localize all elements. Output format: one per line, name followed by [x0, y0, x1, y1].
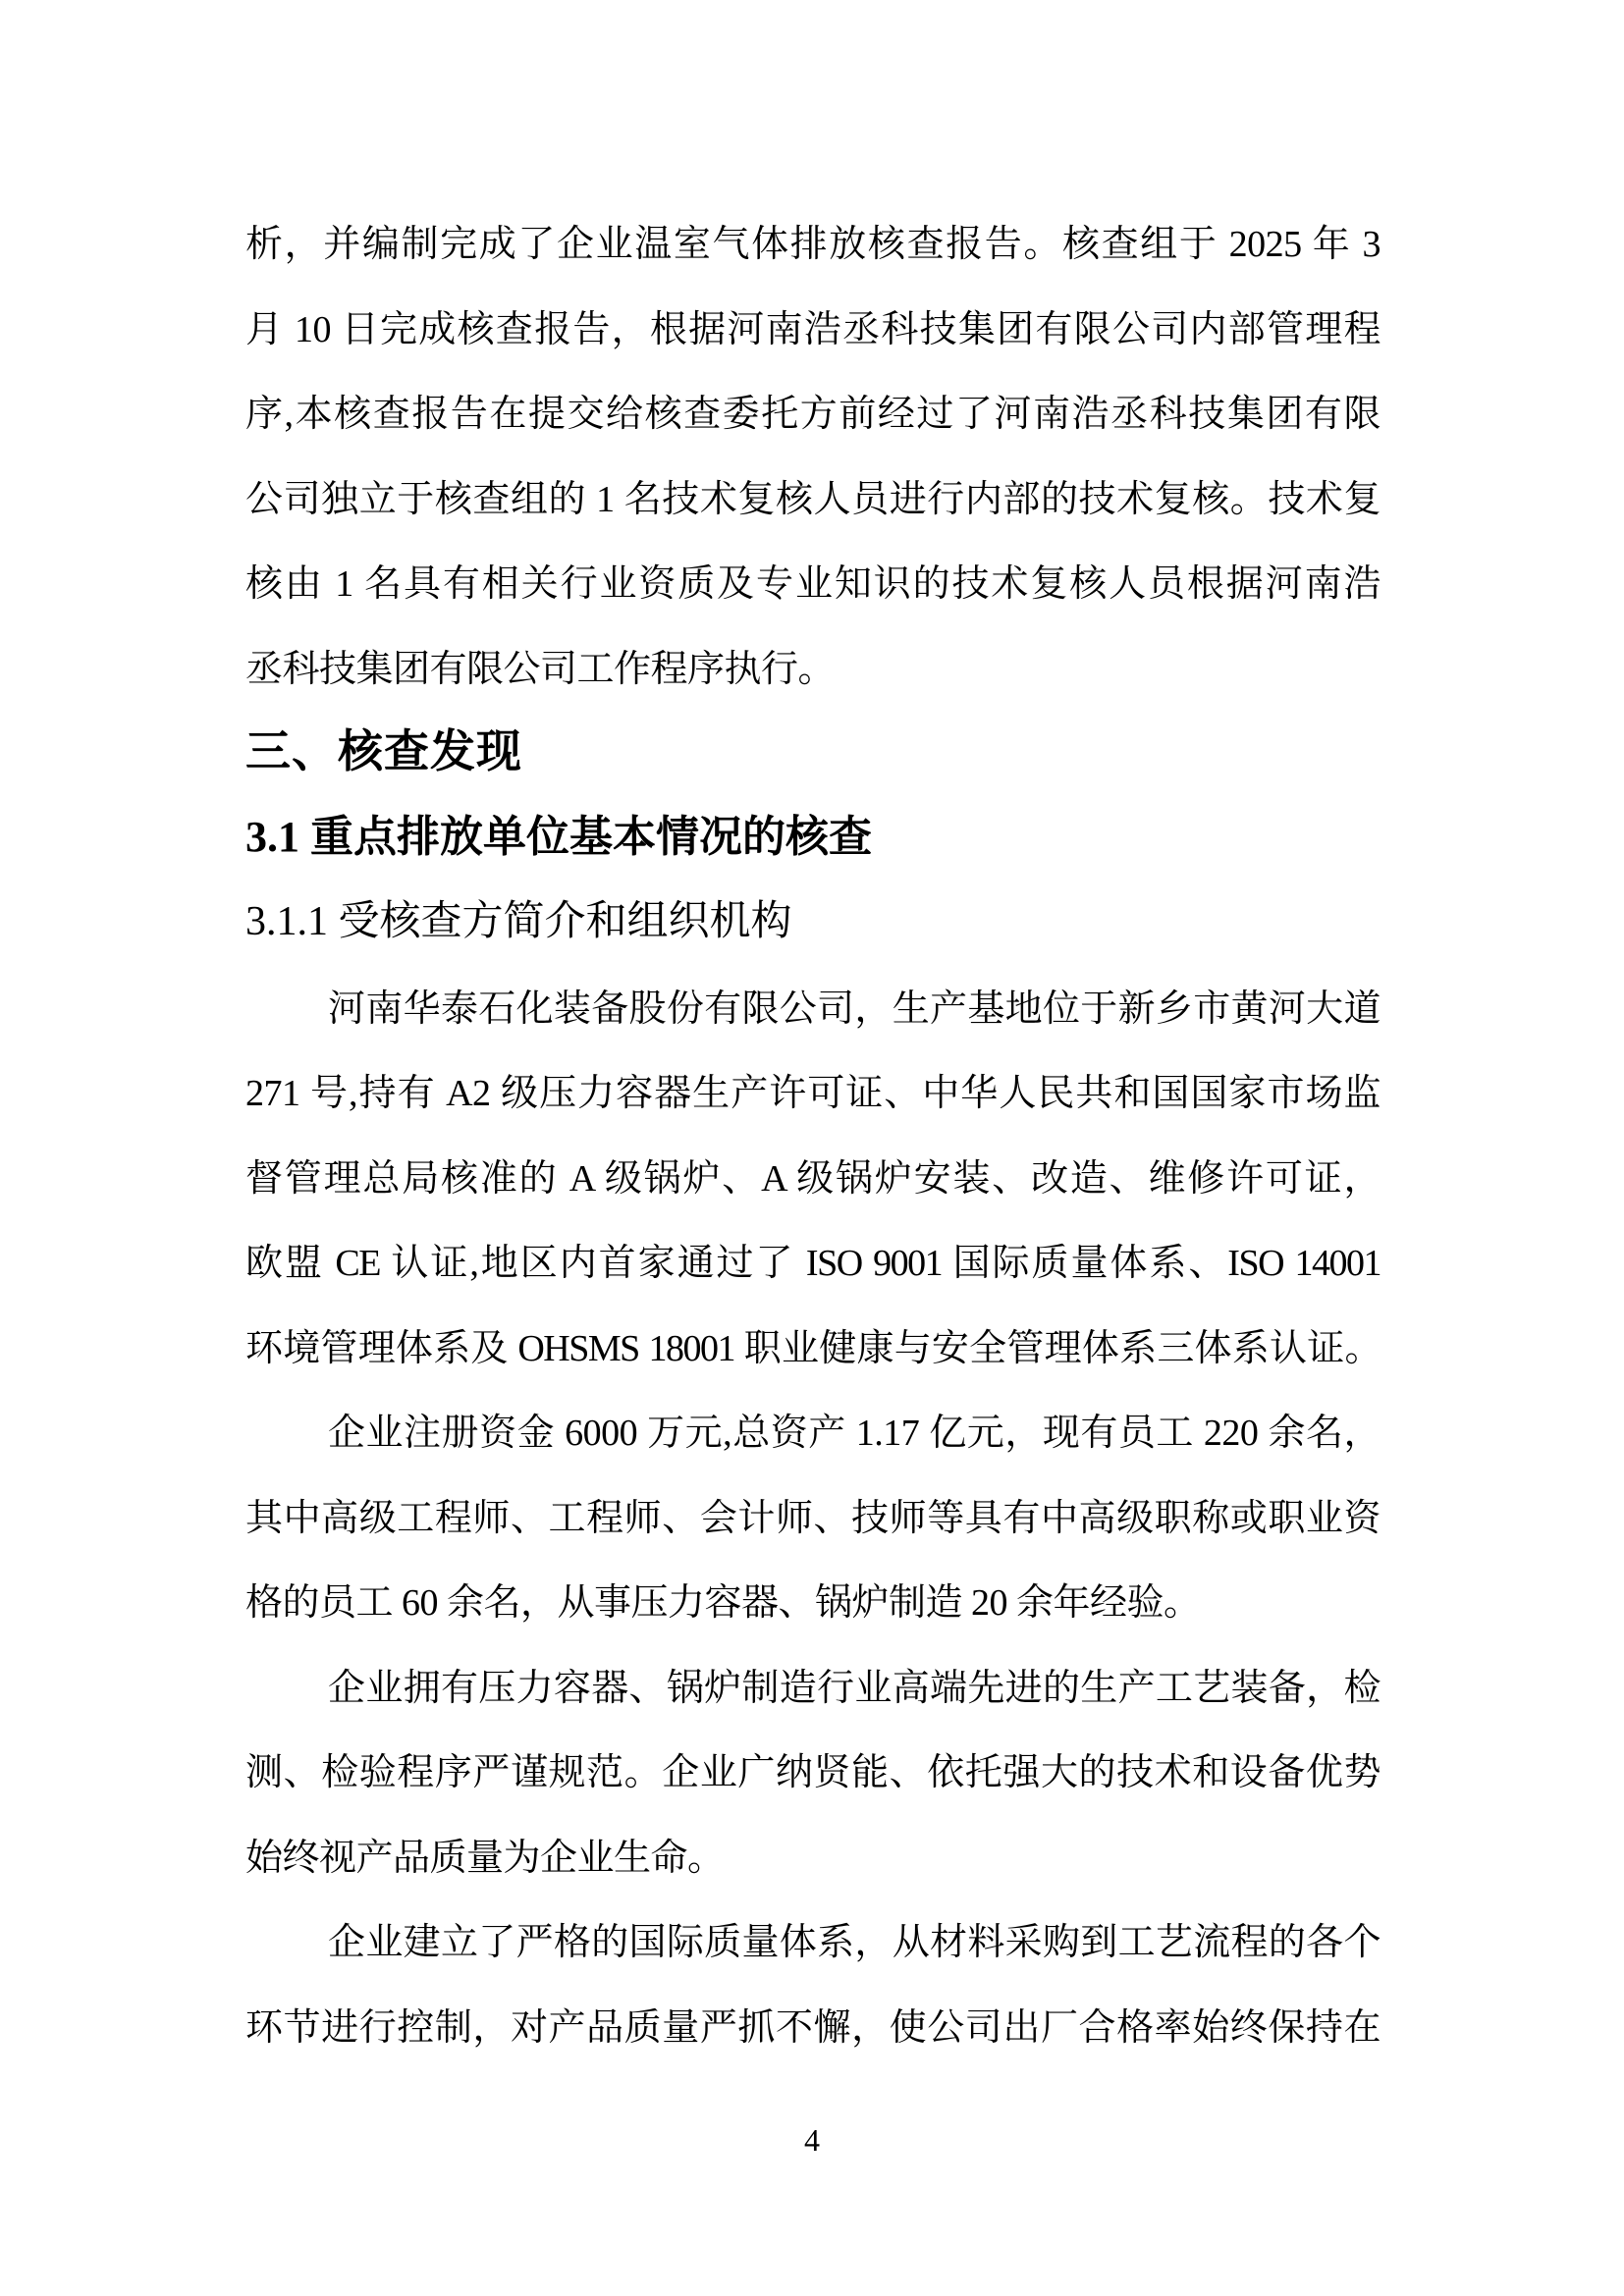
body-line: 环境管理体系及 OHSMS 18001 职业健康与安全管理体系三体系认证。	[245, 1325, 1380, 1372]
body-line: 丞科技集团有限公司工作程序执行。	[245, 646, 1380, 693]
body-line: 河南华泰石化装备股份有限公司，生产基地位于新乡市黄河大道	[245, 986, 1380, 1033]
body-line: 企业建立了严格的国际质量体系，从材料采购到工艺流程的各个	[245, 1919, 1380, 1966]
body-line: 企业拥有压力容器、锅炉制造行业高端先进的生产工艺装备，检	[245, 1665, 1380, 1712]
body-line: 环节进行控制，对产品质量严抓不懈，使公司出厂合格率始终保持在	[245, 2004, 1380, 2052]
page-number: 4	[0, 2120, 1624, 2160]
body-line: 月 10 日完成核查报告，根据河南浩丞科技集团有限公司内部管理程	[245, 306, 1380, 353]
body-line: 始终视产品质量为企业生命。	[245, 1835, 1380, 1882]
body-line: 其中高级工程师、工程师、会计师、技师等具有中高级职称或职业资	[245, 1495, 1380, 1542]
body-line: 析，并编制完成了企业温室气体排放核查报告。核查组于 2025 年 3	[245, 221, 1380, 268]
body-line: 测、检验程序严谨规范。企业广纳贤能、依托强大的技术和设备优势	[245, 1749, 1380, 1796]
body-line: 271 号,持有 A2 级压力容器生产许可证、中华人民共和国国家市场监	[245, 1070, 1380, 1117]
body-line: 序,本核查报告在提交给核查委托方前经过了河南浩丞科技集团有限	[245, 391, 1380, 438]
body-line: 企业注册资金 6000 万元,总资产 1.17 亿元，现有员工 220 余名，	[245, 1410, 1380, 1457]
body-line: 督管理总局核准的 A 级锅炉、A 级锅炉安装、改造、维修许可证，	[245, 1155, 1380, 1202]
body-line: 公司独立于核查组的 1 名技术复核人员进行内部的技术复核。技术复	[245, 476, 1380, 523]
section-heading: 三、核查发现	[245, 728, 1380, 775]
subsubsection-heading: 3.1.1 受核查方简介和组织机构	[245, 898, 1380, 945]
subsection-heading: 3.1 重点排放单位基本情况的核查	[245, 814, 1380, 861]
document-page: 析，并编制完成了企业温室气体排放核查报告。核查组于 2025 年 3 月 10 …	[0, 0, 1624, 2296]
body-line: 欧盟 CE 认证,地区内首家通过了 ISO 9001 国际质量体系、ISO 14…	[245, 1240, 1380, 1287]
body-line: 格的员工 60 余名，从事压力容器、锅炉制造 20 余年经验。	[245, 1579, 1380, 1627]
body-line: 核由 1 名具有相关行业资质及专业知识的技术复核人员根据河南浩	[245, 561, 1380, 608]
